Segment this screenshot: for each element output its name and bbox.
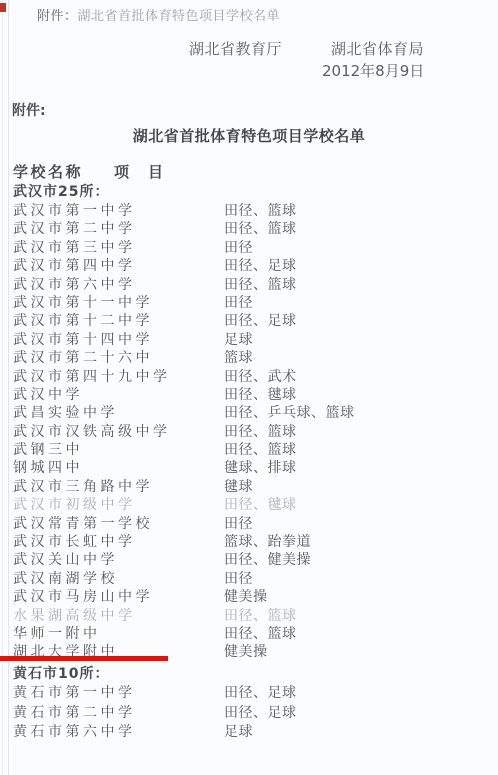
school-name: 武汉市初级中学 — [13, 497, 136, 513]
school-name: 武钢三中 — [13, 442, 83, 458]
section-heading: 黄石市10所： — [13, 665, 498, 684]
attachment-ref-title: 湖北省首批体育特色项目学校名单 — [78, 9, 281, 24]
school-name: 武汉常青第一学校 — [13, 516, 153, 532]
table-row: 武汉南湖学校田径 — [13, 570, 498, 588]
table-row: 华师一附中田径、篮球 — [13, 625, 498, 643]
project-list: 田径、足球 — [224, 684, 297, 704]
project-list: 田径、篮球 — [224, 441, 297, 459]
project-list: 田径 — [224, 515, 253, 533]
table-row: 武汉常青第一学校田径 — [13, 515, 498, 533]
issue-date: 2012年8月9日 — [322, 60, 424, 81]
project-list: 篮球 — [224, 349, 253, 367]
project-list: 田径、篮球 — [224, 607, 297, 625]
project-list: 田径、足球 — [224, 704, 297, 724]
project-list: 健美操 — [224, 643, 268, 661]
issuer-education-dept: 湖北省教育厅 — [189, 38, 282, 59]
column-header-school: 学校名称 — [13, 163, 83, 181]
school-name: 武汉市第四十九中学 — [13, 369, 171, 385]
school-section: 武汉市25所：武汉市第一中学田径、篮球武汉市第二中学田径、篮球武汉市第三中学田径… — [13, 183, 498, 662]
table-row: 湖北大学附中健美操 — [13, 643, 498, 661]
project-list: 田径、足球 — [224, 257, 297, 275]
school-name: 武汉市第三中学 — [13, 240, 136, 256]
attachment-ref-label: 附件： — [37, 9, 78, 24]
table-row: 钢城四中毽球、排球 — [13, 459, 498, 477]
table-row: 武汉市第二十六中篮球 — [13, 349, 498, 367]
table-row: 武汉市第四中学田径、足球 — [13, 257, 498, 275]
school-name: 武汉中学 — [13, 387, 83, 403]
attachment-reference-line: 附件：湖北省首批体育特色项目学校名单 — [37, 5, 280, 24]
project-list: 足球 — [224, 723, 253, 743]
school-name: 武汉市第六中学 — [13, 277, 136, 293]
table-row: 黄石市第一中学田径、足球 — [13, 684, 498, 704]
document-page: 附件：湖北省首批体育特色项目学校名单 湖北省教育厅 湖北省体育局 2012年8月… — [0, 0, 498, 775]
school-name: 武汉市第十二中学 — [13, 313, 153, 329]
project-list: 田径、篮球 — [224, 202, 297, 220]
school-name: 华师一附中 — [13, 626, 101, 642]
project-list: 田径 — [224, 239, 253, 257]
table-row: 武汉市第十一中学田径 — [13, 294, 498, 312]
project-list: 田径、健美操 — [224, 551, 311, 569]
table-row: 武汉市汉铁高级中学田径、篮球 — [13, 423, 498, 441]
school-name: 武汉市第二十六中 — [13, 350, 153, 366]
issuer-sports-bureau: 湖北省体育局 — [331, 38, 424, 59]
project-list: 田径、篮球 — [224, 625, 297, 643]
school-name: 武汉市汉铁高级中学 — [13, 424, 171, 440]
table-header-row: 学校名称 项 目 — [13, 162, 498, 183]
project-list: 田径、武术 — [224, 368, 297, 386]
table-row: 武汉中学田径、毽球 — [13, 386, 498, 404]
school-name: 武汉市马房山中学 — [13, 589, 153, 605]
school-name: 水果湖高级中学 — [13, 608, 136, 624]
table-row: 武汉市第六中学田径、篮球 — [13, 276, 498, 294]
school-name: 武汉市第四中学 — [13, 258, 136, 274]
project-list: 田径、毽球 — [224, 496, 297, 514]
attachment-label: 附件: — [12, 100, 46, 120]
table-row: 武钢三中田径、篮球 — [13, 441, 498, 459]
project-list: 田径、乒乓球、篮球 — [224, 404, 355, 422]
school-name: 武汉市第二中学 — [13, 221, 136, 237]
project-list: 田径、篮球 — [224, 423, 297, 441]
school-name: 黄石市第六中学 — [13, 724, 136, 740]
table-row: 武汉市第四十九中学田径、武术 — [13, 368, 498, 386]
project-list: 田径、篮球 — [224, 220, 297, 238]
project-list: 健美操 — [224, 588, 268, 606]
column-header-project: 项 目 — [114, 162, 165, 183]
project-list: 毽球、排球 — [224, 459, 297, 477]
school-name: 武汉市第十一中学 — [13, 295, 153, 311]
sections: 武汉市25所：武汉市第一中学田径、篮球武汉市第二中学田径、篮球武汉市第三中学田径… — [13, 183, 498, 743]
section-heading: 武汉市25所： — [13, 183, 498, 202]
schools-table: 学校名称 项 目 武汉市25所：武汉市第一中学田径、篮球武汉市第二中学田径、篮球… — [13, 162, 498, 743]
table-row: 武汉市第十二中学田径、足球 — [13, 312, 498, 330]
table-row: 武汉市第三中学田径 — [13, 239, 498, 257]
project-list: 足球 — [224, 331, 253, 349]
table-row: 武汉关山中学田径、健美操 — [13, 551, 498, 569]
school-name: 钢城四中 — [13, 460, 83, 476]
project-list: 田径、毽球 — [224, 386, 297, 404]
school-section: 黄石市10所：黄石市第一中学田径、足球黄石市第二中学田径、足球黄石市第六中学足球 — [13, 665, 498, 743]
project-list: 毽球 — [224, 478, 253, 496]
project-list: 田径、足球 — [224, 312, 297, 330]
table-row: 武昌实验中学田径、乒乓球、篮球 — [13, 404, 498, 422]
table-row: 水果湖高级中学田径、篮球 — [13, 607, 498, 625]
table-row: 黄石市第二中学田径、足球 — [13, 704, 498, 724]
table-row: 武汉市第一中学田径、篮球 — [13, 202, 498, 220]
project-list: 田径 — [224, 294, 253, 312]
school-name: 武汉市长虹中学 — [13, 534, 136, 550]
table-row: 武汉市初级中学田径、毽球 — [13, 496, 498, 514]
school-name: 武汉市第十四中学 — [13, 332, 153, 348]
red-underline-annotation — [0, 656, 168, 661]
project-list: 田径、篮球 — [224, 276, 297, 294]
school-name: 武汉市三角路中学 — [13, 479, 153, 495]
table-row: 武汉市马房山中学健美操 — [13, 588, 498, 606]
red-corner-marker-icon — [0, 3, 6, 12]
table-row: 黄石市第六中学足球 — [13, 723, 498, 743]
school-name: 武汉关山中学 — [13, 552, 118, 568]
project-list: 田径 — [224, 570, 253, 588]
school-name: 黄石市第二中学 — [13, 705, 136, 721]
school-name: 武昌实验中学 — [13, 405, 118, 421]
school-name: 黄石市第一中学 — [13, 685, 136, 701]
school-name: 武汉市第一中学 — [13, 203, 136, 219]
school-name: 武汉南湖学校 — [13, 571, 118, 587]
table-row: 武汉市三角路中学毽球 — [13, 478, 498, 496]
table-row: 武汉市长虹中学篮球、跆拳道 — [13, 533, 498, 551]
project-list: 篮球、跆拳道 — [224, 533, 311, 551]
document-title: 湖北省首批体育特色项目学校名单 — [0, 125, 498, 146]
table-row: 武汉市第二中学田径、篮球 — [13, 220, 498, 238]
table-row: 武汉市第十四中学足球 — [13, 331, 498, 349]
